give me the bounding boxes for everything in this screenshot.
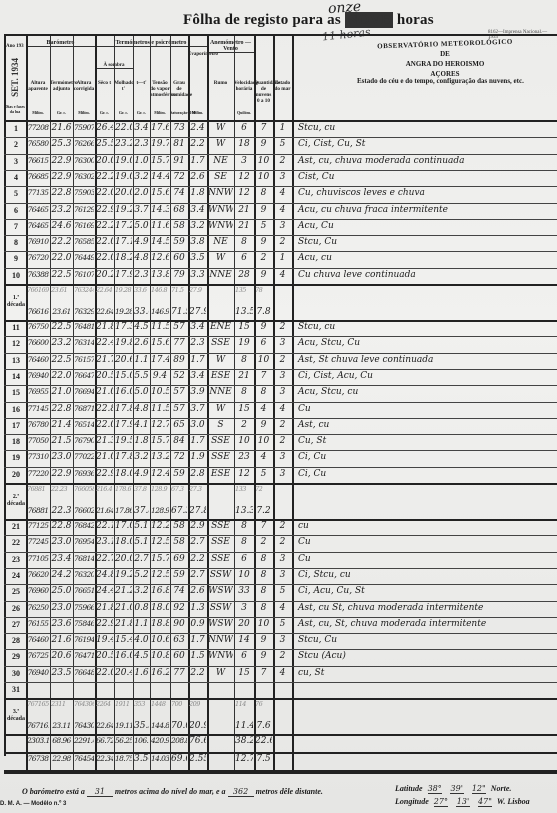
cell-hum: 90: [171, 619, 187, 629]
header-unit: Milím.: [26, 110, 50, 116]
cell-cor: 76454: [74, 754, 94, 763]
cell-nuv: 7: [255, 123, 272, 133]
title-suffix: horas: [397, 12, 434, 28]
cell-mar: 2: [274, 436, 291, 446]
longitude: Longitude 27° 13' 47" W. Lisboa: [395, 797, 530, 807]
cell-molh: 17.9: [115, 270, 132, 280]
header-altura-aparente: Altura aparente: [26, 80, 50, 92]
header-unit: Milím.: [73, 110, 95, 116]
cell-nuv: 22.6: [255, 736, 272, 746]
cell-tens: 15.7: [151, 156, 169, 166]
header-anemometro: Anemómetro — Vento: [207, 40, 254, 53]
row-divider: [4, 666, 557, 667]
cell-alt: 76615: [27, 156, 49, 165]
cell-vel: 10: [235, 570, 253, 580]
cell-seco: 22.0: [96, 237, 113, 247]
cell-adj: 22.98: [51, 754, 72, 763]
cell-evap: 1.7: [189, 635, 206, 645]
header-t-diff: t—t': [133, 80, 150, 86]
row-divider: [4, 434, 557, 435]
cell-adj: 25.0: [51, 586, 72, 596]
cell-tens: 12.7: [151, 420, 169, 430]
row-divider: [4, 369, 557, 370]
cell-diff: 3.7: [134, 205, 149, 215]
cell-tens: 17.4: [151, 355, 169, 365]
row-divider: [4, 336, 557, 337]
cell-nuv: 2: [255, 253, 272, 263]
weather-remark: Acu, Stcu, cu: [298, 387, 358, 397]
observatory-heading: OBSERVATÓRIO METEOROLÓGICO DE ANGRA DO H…: [370, 40, 520, 78]
weather-remark: Ast, cu, St, chuva moderada intermitente: [298, 619, 486, 629]
cell-mar: 2: [274, 355, 291, 365]
pencil-value: 114: [235, 700, 253, 708]
latitude-deg: 38°: [428, 784, 442, 794]
cell-nuv: 2: [255, 537, 272, 547]
cell-mar: 4: [274, 205, 291, 215]
cell-adj: 22.8: [51, 404, 72, 414]
cell-seco: 22.0: [96, 420, 113, 430]
weather-remark: Stcu, cu: [298, 322, 335, 332]
cell-cor: 76169: [74, 221, 94, 230]
header-unit: Saturação=100: [170, 110, 188, 116]
cell-seco: 25.5: [96, 139, 113, 149]
cell-evap: 3.8: [189, 237, 206, 247]
pencil-value: 2311: [51, 700, 72, 708]
cell-molh: 19.8: [115, 338, 132, 348]
cell-evap: 76.6: [189, 736, 206, 746]
header-unit: Gr. c.: [133, 110, 150, 116]
latitude-sec: 12": [472, 784, 486, 794]
cell-vel: 21: [235, 205, 253, 215]
cell-cor: 75903: [74, 188, 94, 197]
cell-rumo: NNE: [208, 270, 233, 280]
day-number: 31: [5, 685, 27, 694]
cell-rumo: WNW: [208, 221, 233, 231]
cell-alt: 76465: [27, 221, 49, 230]
day-number: 8: [5, 238, 27, 247]
cell-nuv: 4: [255, 404, 272, 414]
cell-tens: 11.6: [151, 221, 169, 231]
pencil-value: 2264: [96, 700, 113, 708]
cell-diff: 3.2: [134, 452, 149, 462]
cell-diff: 3.4: [134, 123, 149, 133]
cell-molh: 15.0: [115, 371, 132, 381]
register-sheet: { "header": { "title_prefix": "Fôlha de …: [0, 0, 557, 813]
cell-seco: 22.64: [96, 721, 113, 730]
cell-alt: 76388: [27, 270, 49, 279]
weather-remark: Stcu, Cu: [298, 635, 337, 645]
cell-diff: 37.8: [134, 506, 149, 516]
cell-hum: 67.3: [171, 506, 187, 516]
weather-remark: Acu, cu chuva fraca intermitente: [298, 205, 448, 215]
cell-mar: 3: [274, 452, 291, 462]
header-rumo: Rumo: [207, 80, 234, 86]
cell-hum: 60: [171, 651, 187, 661]
cell-tens: 18.0: [151, 603, 169, 613]
cell-rumo: W: [208, 253, 233, 263]
cell-nuv: 10: [255, 619, 272, 629]
cell-cor: 76329: [74, 307, 94, 316]
cell-evap: 1.7: [189, 355, 206, 365]
cell-diff: 5.1: [134, 537, 149, 547]
header-tensao: Tensão do vapor atmosférico: [150, 80, 170, 98]
cell-diff: 2.0: [134, 188, 149, 198]
cell-adj: 23.4: [51, 554, 72, 564]
cell-adj: 23.5: [51, 668, 72, 678]
cell-diff: 4.8: [134, 253, 149, 263]
cell-tens: 9.4: [151, 371, 169, 381]
cell-hum: 72: [171, 172, 187, 182]
pencil-value: 78: [255, 286, 272, 294]
cell-seco: 26.4: [96, 123, 113, 133]
pencil-value: 128.9: [151, 485, 169, 493]
cell-alt: 76620: [27, 570, 49, 579]
cell-hum: 77: [171, 668, 187, 678]
cell-nuv: 8: [255, 586, 272, 596]
cell-mar: 3: [274, 371, 291, 381]
cell-cor: 76514: [74, 420, 94, 429]
cell-molh: 17.86: [115, 506, 132, 515]
cell-evap: 2.7: [189, 570, 206, 580]
pencil-value: 766169: [27, 286, 49, 294]
cell-rumo: SSE: [208, 554, 233, 564]
cell-tens: 14.5: [151, 237, 169, 247]
cell-alt: 77208: [27, 123, 49, 132]
cell-vel: 12: [235, 188, 253, 198]
weather-remark: cu, St: [298, 668, 324, 678]
cell-nuv: 7.2: [255, 506, 272, 516]
cell-hum: 65: [171, 420, 187, 430]
cell-rumo: W: [208, 123, 233, 133]
cell-rumo: W: [208, 355, 233, 365]
cell-vel: 20: [235, 619, 253, 629]
longitude-sec: 47": [478, 797, 492, 807]
cell-tens: 128.9: [151, 506, 169, 515]
cell-molh: 19.2: [115, 205, 132, 215]
cell-molh: 18.75: [115, 754, 132, 763]
cell-hum: 57: [171, 404, 187, 414]
cell-alt: 77135: [27, 188, 49, 197]
cell-tens: 11.5: [151, 404, 169, 414]
header-unit: Gr. c.: [95, 110, 114, 116]
cell-tens: 19.7: [151, 139, 169, 149]
weather-remark: Cu, St: [298, 436, 326, 446]
row-divider: [4, 154, 557, 155]
weather-remark: Cu chuva leve continuada: [298, 270, 416, 280]
cell-evap: 3.4: [189, 371, 206, 381]
cell-seco: 21.64: [96, 506, 113, 515]
cell-mar: 4: [274, 668, 291, 678]
cell-vel: 15: [235, 322, 253, 332]
cell-molh: 17.2: [115, 221, 132, 231]
decade-label: 2.ª década: [5, 494, 27, 508]
cell-evap: 3.4: [189, 322, 206, 332]
cell-diff: 2.6: [134, 338, 149, 348]
row-divider: [4, 568, 557, 569]
day-number: 13: [5, 356, 27, 365]
cell-evap: 3.4: [189, 205, 206, 215]
cell-evap: 1.9: [189, 452, 206, 462]
cell-molh: 17.0: [115, 521, 132, 531]
day-number: 23: [5, 555, 27, 564]
cell-rumo: ESE: [208, 371, 233, 381]
cell-rumo: W: [208, 404, 233, 414]
day-number: 11: [5, 323, 27, 332]
header-quantidade-nuvens: Quantidade de nuvens 0 a 10: [254, 80, 273, 104]
cell-vel: 8: [235, 387, 253, 397]
cell-vel: 23: [235, 452, 253, 462]
cell-diff: 5.0: [134, 221, 149, 231]
cell-nuv: 9: [255, 420, 272, 430]
cell-mar: 3: [274, 469, 291, 479]
cell-hum: 91: [171, 156, 187, 166]
cell-alt: 76960: [27, 586, 49, 595]
cell-mar: 3: [274, 554, 291, 564]
cell-adj: 23.11: [51, 721, 72, 730]
cell-alt: 77220: [27, 469, 49, 478]
cell-mar: 3: [274, 387, 291, 397]
cell-adj: 23.6: [51, 619, 72, 629]
cell-diff: 2.3: [134, 139, 149, 149]
cell-nuv: 10: [255, 172, 272, 182]
cell-hum: 89: [171, 355, 187, 365]
cell-nuv: 10: [255, 436, 272, 446]
cell-tens: 12.5: [151, 570, 169, 580]
cell-vel: 3: [235, 156, 253, 166]
cell-cor: 76194: [74, 635, 94, 644]
cell-vel: 33: [235, 586, 253, 596]
cell-mar: 4: [274, 188, 291, 198]
cell-diff: 4.9: [134, 469, 149, 479]
cell-cor: 76648: [74, 668, 94, 677]
cell-alt: 2303.140: [27, 736, 49, 745]
cell-seco: 22.9: [96, 205, 113, 215]
cell-rumo: SSW: [208, 570, 233, 580]
cell-molh: 17.9: [115, 420, 132, 430]
cell-molh: 21.2: [115, 586, 132, 596]
cell-mar: 2: [274, 420, 291, 430]
cell-nuv: 7.6: [255, 721, 272, 731]
row-divider: [4, 353, 557, 354]
cell-adj: 24.2: [51, 570, 72, 580]
cell-cor: 76647: [74, 371, 94, 380]
day-number: 4: [5, 173, 27, 182]
pencil-value: 22.23: [51, 485, 72, 493]
cell-adj: 23.61: [51, 307, 72, 316]
pencil-value: 37.8: [134, 485, 149, 493]
cell-tens: 13.2: [151, 452, 169, 462]
cell-mar: 2: [274, 156, 291, 166]
cell-rumo: NNE: [208, 387, 233, 397]
cell-adj: 23.2: [51, 338, 72, 348]
day-number: 20: [5, 470, 27, 479]
cell-vel: 3: [235, 603, 253, 613]
cell-adj: 68.96: [51, 736, 72, 745]
cell-vel: 8: [235, 521, 253, 531]
day-number: 24: [5, 571, 27, 580]
cell-alt: 76155: [27, 619, 49, 628]
cell-mar: 2: [274, 537, 291, 547]
cell-diff: 2.3: [134, 270, 149, 280]
weather-remark: Stcu, cu: [298, 123, 335, 133]
header-unit: Milím.: [150, 110, 170, 116]
cell-molh: 56.25: [115, 736, 132, 745]
cell-evap: 3.2: [189, 221, 206, 231]
header-unit: Gr. c.: [114, 110, 133, 116]
cell-adj: 23.0: [51, 603, 72, 613]
cell-seco: 24.4: [96, 586, 113, 596]
cell-seco: 21.8: [96, 322, 113, 332]
cell-cor: 76157: [74, 355, 94, 364]
cell-cor: 764306: [74, 721, 94, 730]
cell-nuv: 9: [255, 270, 272, 280]
cell-adj: 21.6: [51, 123, 72, 133]
cell-tens: 10.8: [151, 651, 169, 661]
cell-diff: 3.2: [134, 172, 149, 182]
day-number: 17: [5, 421, 27, 430]
cell-alt: 76940: [27, 371, 49, 380]
cell-molh: 18.2: [115, 253, 132, 263]
cell-vel: 13.3: [235, 506, 253, 516]
row-divider: [4, 617, 557, 618]
cell-mar: 3: [274, 172, 291, 182]
cell-nuv: 8: [255, 603, 272, 613]
cell-nuv: 9: [255, 237, 272, 247]
cell-alt: 76738: [27, 754, 49, 763]
cell-seco: 20.5: [96, 651, 113, 661]
weather-remark: Cu: [298, 554, 311, 564]
day-number: 3: [5, 157, 27, 166]
cell-cor: 77022: [74, 452, 94, 461]
handwritten-hour: onze: [327, 0, 361, 17]
day-number: 14: [5, 372, 27, 381]
row-divider: [4, 219, 557, 220]
pencil-value: 135: [235, 286, 253, 294]
cell-hum: 73: [171, 123, 187, 133]
day-number: 29: [5, 652, 27, 661]
date-stamp: SET. 1934: [10, 58, 20, 97]
cell-hum: 71.5: [171, 307, 187, 317]
cell-evap: 1.7: [189, 436, 206, 446]
cell-cor: 2291.467: [74, 736, 94, 745]
cell-adj: 21.6: [51, 635, 72, 645]
cell-evap: 2.4: [189, 123, 206, 133]
cell-diff: 1.1: [134, 355, 149, 365]
cell-evap: 20.9: [189, 721, 206, 731]
cell-tens: 15.7: [151, 436, 169, 446]
cell-vel: 6: [235, 554, 253, 564]
cell-cor: 75846: [74, 619, 94, 628]
cell-molh: 23.2: [115, 139, 132, 149]
cell-evap: 2.8: [189, 469, 206, 479]
cell-rumo: SE: [208, 172, 233, 182]
pencil-value: 1911: [115, 700, 132, 708]
cell-tens: 146.9: [151, 307, 169, 316]
cell-seco: 23.1: [96, 537, 113, 547]
day-number: 6: [5, 206, 27, 215]
cell-tens: 12.5: [151, 537, 169, 547]
cell-nuv: 9: [255, 139, 272, 149]
weather-remark: Cu: [298, 404, 311, 414]
cell-evap: 3.3: [189, 270, 206, 280]
cell-adj: 23.0: [51, 537, 72, 547]
cell-mar: 5: [274, 139, 291, 149]
cell-nuv: 8: [255, 570, 272, 580]
day-number: 1: [5, 124, 27, 133]
cell-evap: 2.6: [189, 586, 206, 596]
cell-rumo: WSW: [208, 586, 233, 596]
longitude-hemi: W. Lisboa: [497, 797, 530, 806]
cell-rumo: W: [208, 668, 233, 678]
header-barometro: Barómetro: [26, 40, 95, 47]
cell-nuv: 9: [255, 651, 272, 661]
cell-molh: 19.0: [115, 172, 132, 182]
cell-mar: 4: [274, 404, 291, 414]
cell-hum: 59: [171, 237, 187, 247]
cell-nuv: 6: [255, 338, 272, 348]
day-number: 10: [5, 271, 27, 280]
cell-alt: 76465: [27, 205, 49, 214]
cell-seco: 21.0: [96, 387, 113, 397]
cell-adj: 22.2: [51, 237, 72, 247]
cell-mar: 2: [274, 651, 291, 661]
cell-alt: 76910: [27, 237, 49, 246]
cell-mar: 2: [274, 322, 291, 332]
cell-evap: 1.8: [189, 188, 206, 198]
cell-hum: 208.8: [171, 736, 187, 745]
cell-alt: 76881: [27, 506, 49, 515]
cell-hum: 58: [171, 221, 187, 231]
pencil-value: 19.28: [115, 286, 132, 294]
cell-tens: 144.8: [151, 721, 169, 730]
cell-seco: 66.72: [96, 736, 113, 745]
header-grau-humidade: Grau de humidade: [170, 80, 188, 98]
cell-nuv: 7.8: [255, 307, 272, 317]
cell-rumo: SSE: [208, 338, 233, 348]
barometer-height: 31: [87, 787, 113, 797]
cell-seco: 21.7: [96, 355, 113, 365]
cell-evap: 2.2: [189, 554, 206, 564]
row-divider: [4, 203, 557, 204]
cell-vel: 6: [235, 123, 253, 133]
cell-adj: 25.3: [51, 139, 72, 149]
cell-hum: 84: [171, 436, 187, 446]
pencil-value: 700: [171, 700, 187, 708]
longitude-label: Longitude: [395, 797, 429, 806]
cell-vel: 8: [235, 355, 253, 365]
cell-cor: 76585: [74, 237, 94, 246]
cell-molh: 18.0: [115, 537, 132, 547]
cell-tens: 14.3: [151, 205, 169, 215]
cell-molh: 17.3: [115, 322, 132, 332]
cell-seco: 21.0: [96, 452, 113, 462]
cell-cor: 76449: [74, 253, 94, 262]
cell-cor: 76471: [74, 651, 94, 660]
cell-mar: 3: [274, 221, 291, 231]
cell-hum: 92: [171, 603, 187, 613]
cell-alt: 76750: [27, 322, 49, 331]
cell-alt: 76720: [27, 253, 49, 262]
cell-vel: 13.5: [235, 307, 253, 317]
cell-molh: 19.28: [115, 307, 132, 316]
column-divider: [292, 36, 294, 772]
row-divider: [4, 450, 557, 451]
cell-adj: 22.0: [51, 371, 72, 381]
weather-remark: Ast, cu St, chuva moderada intermitente: [298, 603, 483, 613]
pencil-value: 76: [255, 700, 272, 708]
row-divider: [4, 535, 557, 536]
decade-label: 1.ª década: [5, 295, 27, 309]
